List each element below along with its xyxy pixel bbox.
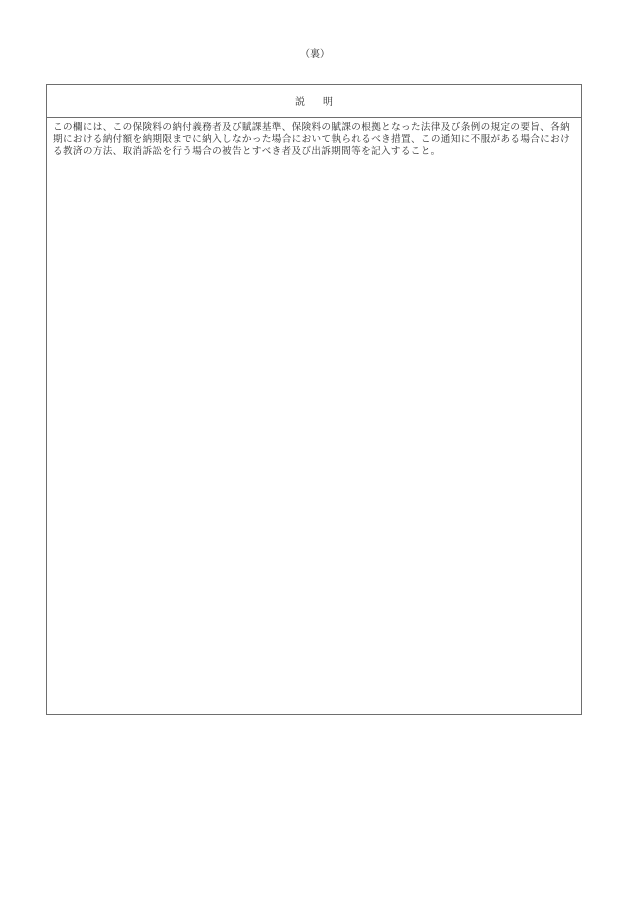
body-line-1: この欄には、この保険料の納付義務者及び賦課基準、保険料の賦課の根拠となった法律及… [53,122,577,134]
header-char-1: 説 [295,97,305,109]
explanation-box-body: この欄には、この保険料の納付義務者及び賦課基準、保険料の賦課の根拠となった法律及… [53,122,577,158]
explanation-box-header: 説 明 [47,85,581,118]
explanation-box: 説 明 この欄には、この保険料の納付義務者及び賦課基準、保険料の賦課の根拠となっ… [46,84,582,715]
page-title: （裏） [0,49,630,61]
body-line-2: 期における納付額を納期限までに納入しなかった場合において執られるべき措置、この通… [53,134,577,146]
body-line-3: る教済の方法、取消訴訟を行う場合の被告とすべき者及び出訴期間等を記入すること。 [53,146,577,158]
header-char-2: 明 [323,97,333,109]
